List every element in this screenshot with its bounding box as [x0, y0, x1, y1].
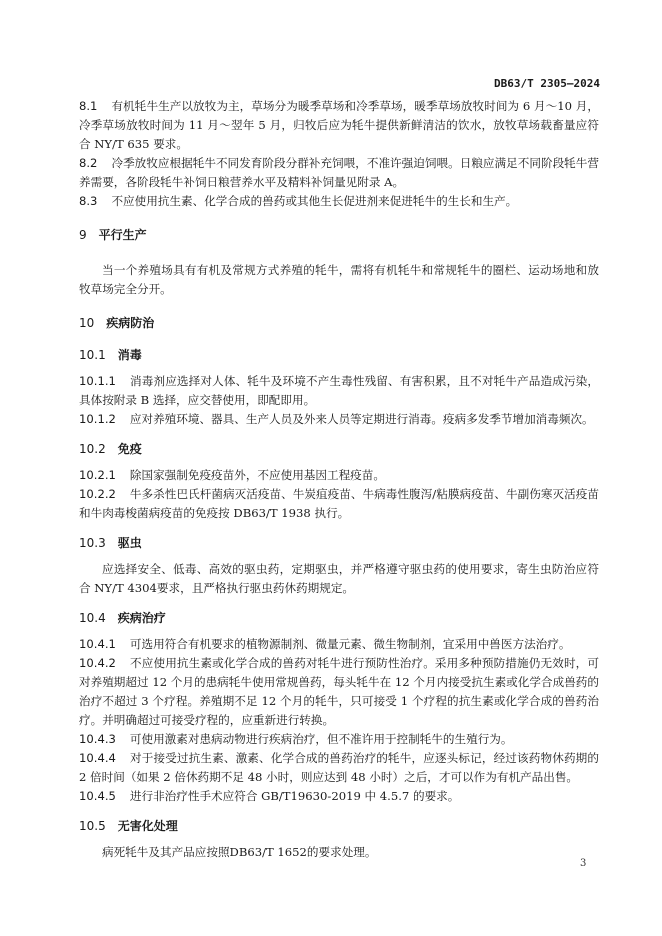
section-10-heading: 10疾病防治	[79, 314, 599, 333]
clause-number: 10.1.2	[79, 412, 116, 426]
section-number: 10.5	[79, 819, 106, 833]
clause-number: 10.4.5	[79, 789, 116, 803]
clause-text: 冷季放牧应根据牦牛不同发育阶段分群补充饲喂，不准许强迫饲喂。日粮应满足不同阶段牦…	[79, 156, 599, 189]
clause-number: 8.2	[79, 156, 97, 170]
section-title: 免疫	[118, 442, 142, 456]
clause-number: 10.1.1	[79, 374, 116, 388]
section-9-heading: 9平行生产	[79, 226, 599, 245]
clause-8-1: 8.1有机牦牛生产以放牧为主，草场分为暖季草场和冷季草场，暖季草场放牧时间为 6…	[79, 97, 599, 154]
standard-code: DB63/T 2305—2024	[494, 77, 600, 90]
clause-number: 10.4.1	[79, 637, 116, 651]
section-title: 疾病防治	[106, 316, 154, 330]
clause-10-4-3: 10.4.3可使用激素对患病动物进行疾病治疗，但不准许用于控制牦牛的生殖行为。	[79, 730, 599, 749]
clause-8-3: 8.3不应使用抗生素、化学合成的兽药或其他生长促进剂来促进牦牛的生长和生产。	[79, 192, 599, 211]
clause-text: 应对养殖环境、器具、生产人员及外来人员等定期进行消毒。疫病多发季节增加消毒频次。	[130, 412, 594, 426]
clause-10-4-5: 10.4.5进行非治疗性手术应符合 GB/T19630-2019 中 4.5.7…	[79, 787, 599, 806]
document-page: DB63/T 2305—2024 8.1有机牦牛生产以放牧为主，草场分为暖季草场…	[0, 0, 662, 936]
clause-10-1-1: 10.1.1消毒剂应选择对人体、牦牛及环境不产生毒性残留、有害积累，且不对牦牛产…	[79, 372, 599, 410]
clause-8-2: 8.2冷季放牧应根据牦牛不同发育阶段分群补充饲喂，不准许强迫饲喂。日粮应满足不同…	[79, 154, 599, 192]
section-number: 10.2	[79, 442, 106, 456]
page-content: 8.1有机牦牛生产以放牧为主，草场分为暖季草场和冷季草场，暖季草场放牧时间为 6…	[79, 97, 599, 862]
section-9-body: 当一个养殖场具有有机及常规方式养殖的牦牛，需将有机牦牛和常规牦牛的圈栏、运动场地…	[79, 261, 599, 299]
section-10-3-body: 应选择安全、低毒、高效的驱虫药，定期驱虫，并严格遵守驱虫药的使用要求，寄生虫防治…	[79, 560, 599, 598]
section-title: 驱虫	[118, 536, 142, 550]
clause-text: 除国家强制免疫疫苗外，不应使用基因工程疫苗。	[130, 468, 385, 482]
clause-text: 牛多杀性巴氏杆菌病灭活疫苗、牛炭疽疫苗、牛病毒性腹泻/粘膜病疫苗、牛副伤寒灭活疫…	[79, 487, 599, 520]
clause-number: 10.2.1	[79, 468, 116, 482]
section-title: 消毒	[118, 348, 142, 362]
clause-10-2-1: 10.2.1除国家强制免疫疫苗外，不应使用基因工程疫苗。	[79, 466, 599, 485]
section-10-2-heading: 10.2免疫	[79, 440, 599, 459]
clause-10-1-2: 10.1.2应对养殖环境、器具、生产人员及外来人员等定期进行消毒。疫病多发季节增…	[79, 410, 599, 429]
section-10-3-heading: 10.3驱虫	[79, 534, 599, 553]
section-number: 10	[79, 316, 94, 330]
clause-text: 对于接受过抗生素、激素、化学合成的兽药治疗的牦牛，应逐头标记，经过该药物休药期的…	[79, 751, 599, 784]
clause-text: 进行非治疗性手术应符合 GB/T19630-2019 中 4.5.7 的要求。	[130, 789, 459, 803]
section-number: 10.1	[79, 348, 106, 362]
clause-number: 8.1	[79, 99, 97, 113]
clause-text: 不应使用抗生素或化学合成的兽药对牦牛进行预防性治疗。采用多种预防措施仍无效时，可…	[79, 656, 599, 727]
section-title: 无害化处理	[118, 819, 178, 833]
clause-number: 8.3	[79, 194, 97, 208]
section-number: 9	[79, 228, 87, 242]
clause-10-4-2: 10.4.2不应使用抗生素或化学合成的兽药对牦牛进行预防性治疗。采用多种预防措施…	[79, 654, 599, 730]
clause-number: 10.2.2	[79, 487, 116, 501]
clause-text: 可选用符合有机要求的植物源制剂、微量元素、微生物制剂，宜采用中兽医方法治疗。	[130, 637, 571, 651]
section-number: 10.3	[79, 536, 106, 550]
section-10-1-heading: 10.1消毒	[79, 346, 599, 365]
clause-10-4-1: 10.4.1可选用符合有机要求的植物源制剂、微量元素、微生物制剂，宜采用中兽医方…	[79, 635, 599, 654]
section-number: 10.4	[79, 611, 106, 625]
page-number: 3	[580, 858, 586, 869]
clause-number: 10.4.2	[79, 656, 116, 670]
clause-text: 不应使用抗生素、化学合成的兽药或其他生长促进剂来促进牦牛的生长和生产。	[111, 194, 517, 208]
clause-10-4-4: 10.4.4对于接受过抗生素、激素、化学合成的兽药治疗的牦牛，应逐头标记，经过该…	[79, 749, 599, 787]
clause-text: 可使用激素对患病动物进行疾病治疗，但不准许用于控制牦牛的生殖行为。	[130, 732, 513, 746]
section-title: 疾病治疗	[118, 611, 166, 625]
section-10-4-heading: 10.4疾病治疗	[79, 609, 599, 628]
clause-number: 10.4.3	[79, 732, 116, 746]
section-10-5-body: 病死牦牛及其产品应按照DB63/T 1652的要求处理。	[79, 843, 599, 862]
clause-number: 10.4.4	[79, 751, 116, 765]
clause-text: 消毒剂应选择对人体、牦牛及环境不产生毒性残留、有害积累，且不对牦牛产品造成污染，…	[79, 374, 599, 407]
clause-text: 有机牦牛生产以放牧为主，草场分为暖季草场和冷季草场，暖季草场放牧时间为 6 月～…	[79, 99, 599, 151]
section-title: 平行生产	[99, 228, 147, 242]
clause-10-2-2: 10.2.2牛多杀性巴氏杆菌病灭活疫苗、牛炭疽疫苗、牛病毒性腹泻/粘膜病疫苗、牛…	[79, 485, 599, 523]
section-10-5-heading: 10.5无害化处理	[79, 817, 599, 836]
